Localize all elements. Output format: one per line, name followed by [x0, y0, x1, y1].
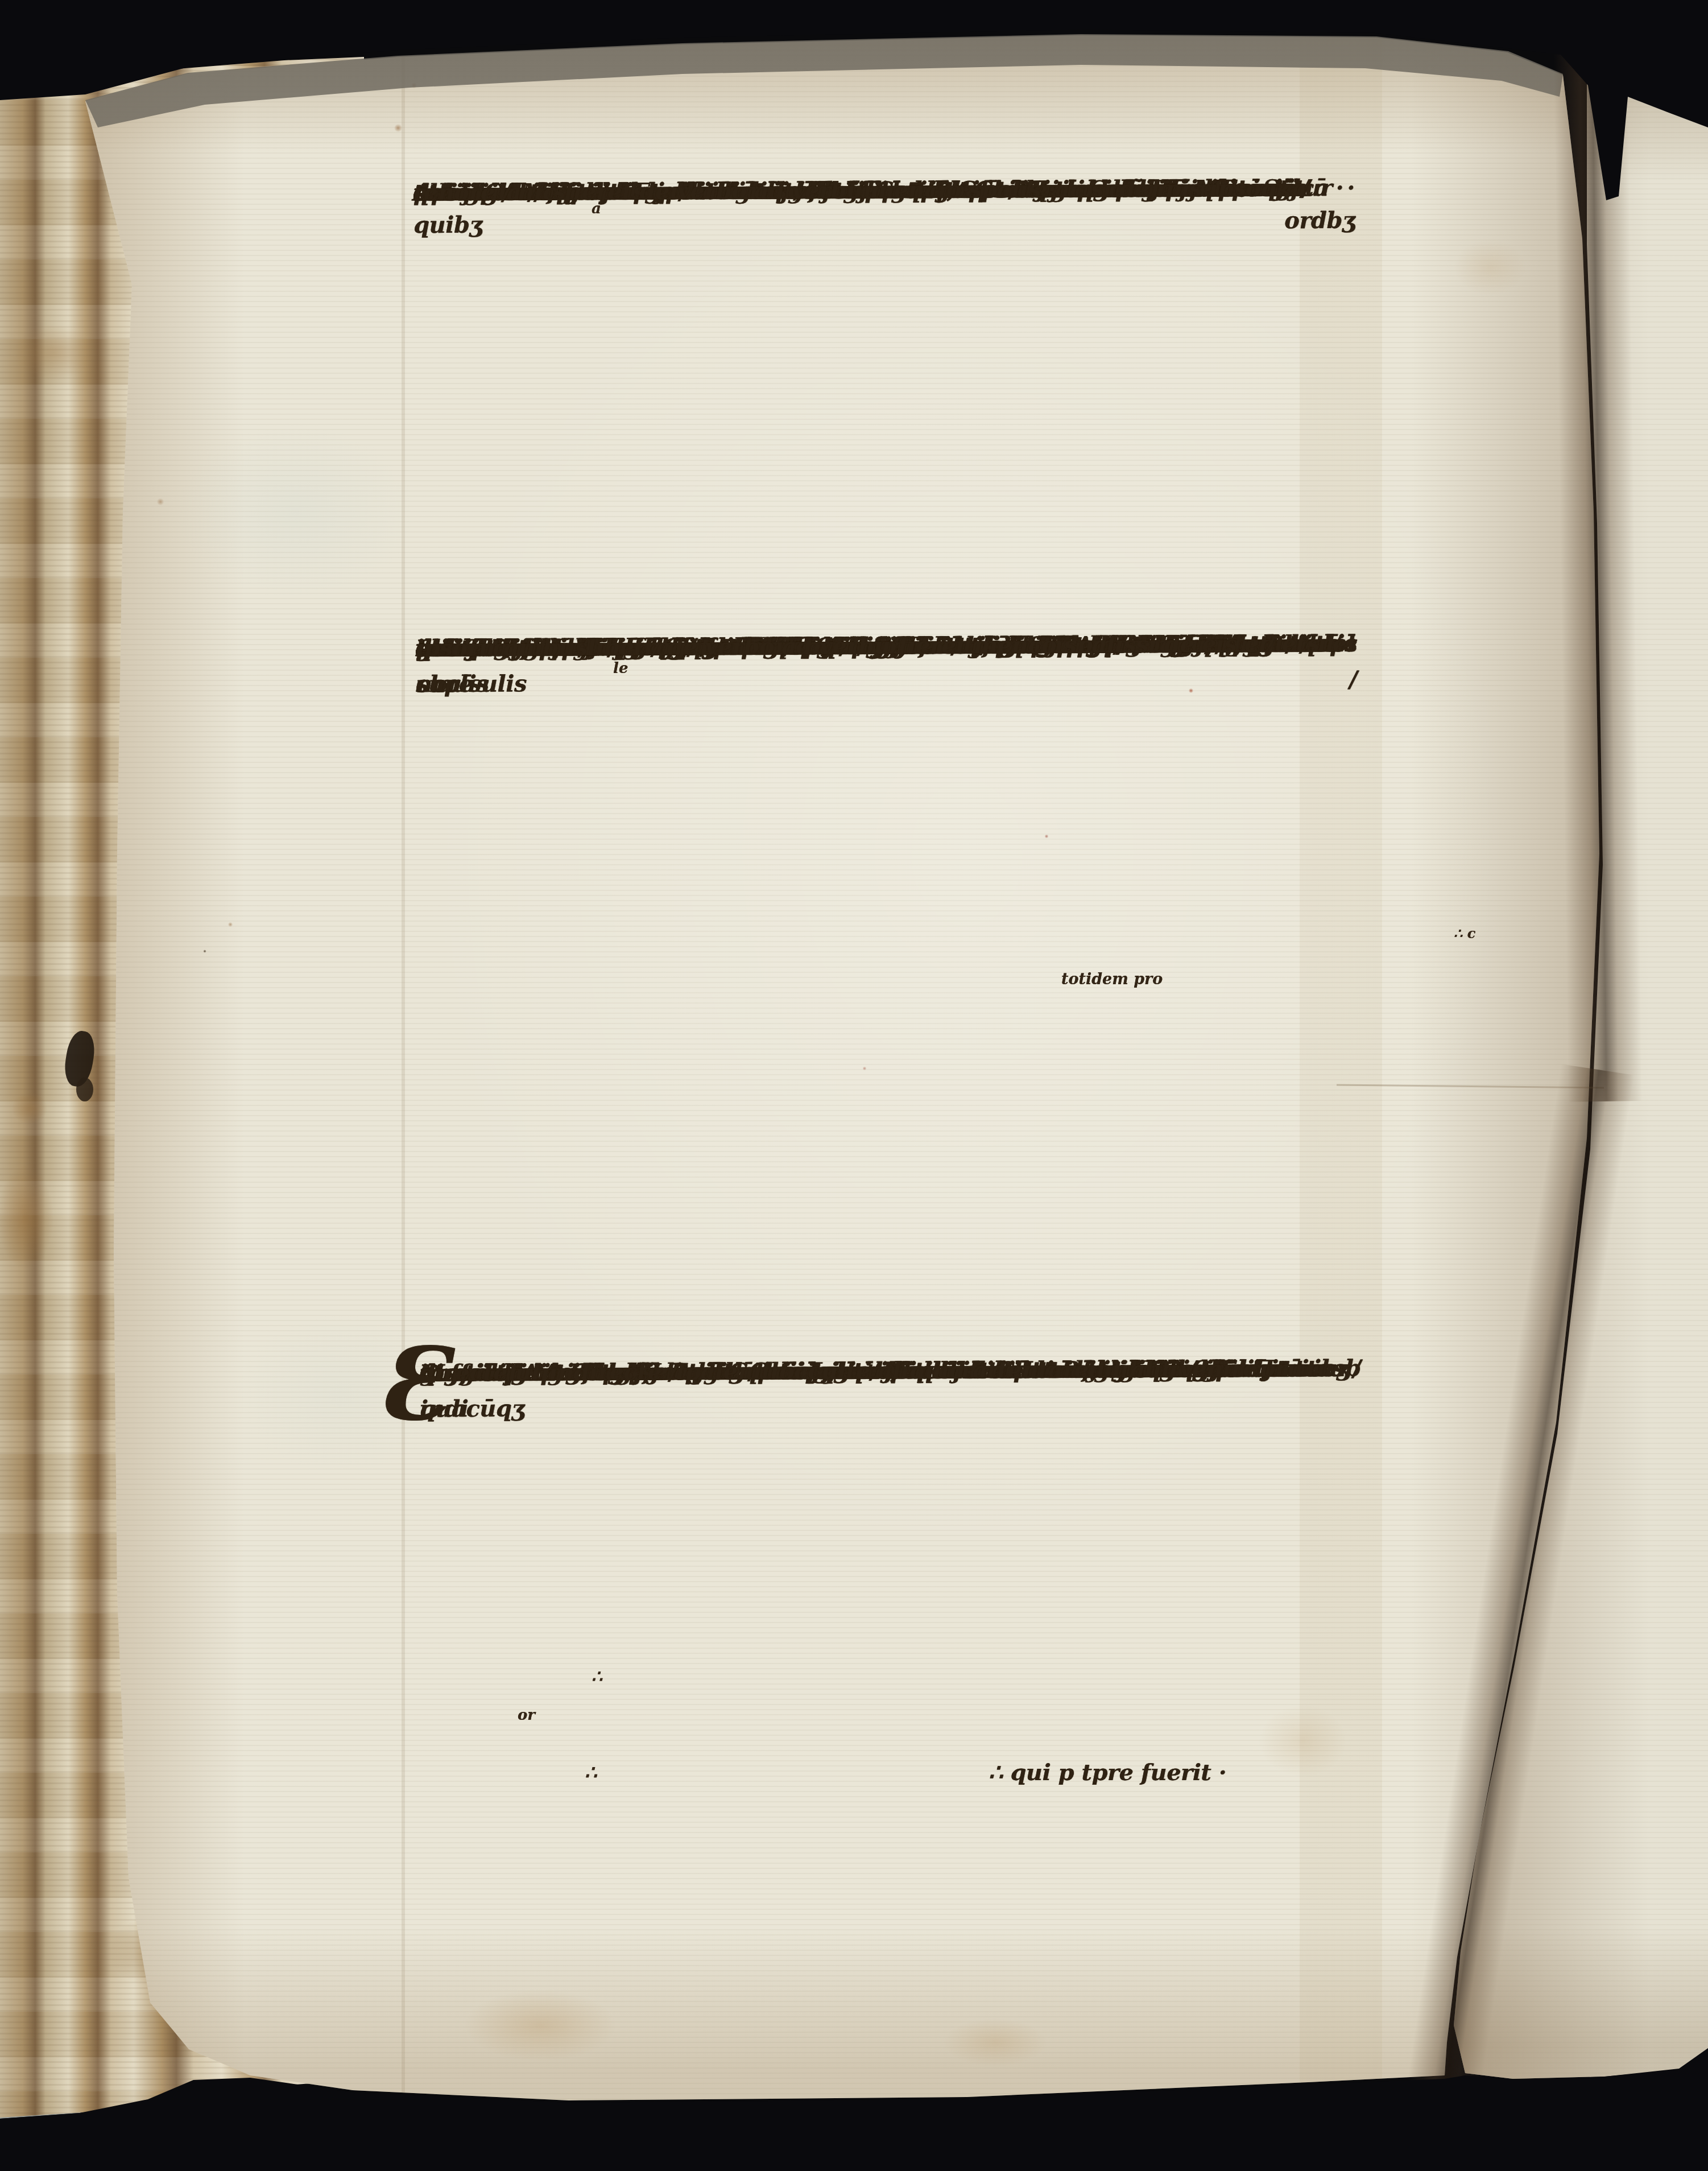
- insertion-mark: ∴: [585, 1761, 597, 1784]
- ink-smudge: ∴ c: [1454, 925, 1475, 942]
- interlinear-note-or: or: [518, 1707, 535, 1724]
- manuscript-photograph: dcā gressionī obtinent · dictū decretū g…: [0, 0, 1708, 2171]
- interlinear-note-le: le: [613, 660, 628, 677]
- insertion-mark: ∴: [592, 1667, 602, 1687]
- interlinear-layer: aletotidem proor∴∴∴ c: [0, 0, 1708, 2171]
- interlinear-note-totidem: totidem pro: [1061, 971, 1163, 988]
- interlinear-note-a: a: [592, 200, 601, 217]
